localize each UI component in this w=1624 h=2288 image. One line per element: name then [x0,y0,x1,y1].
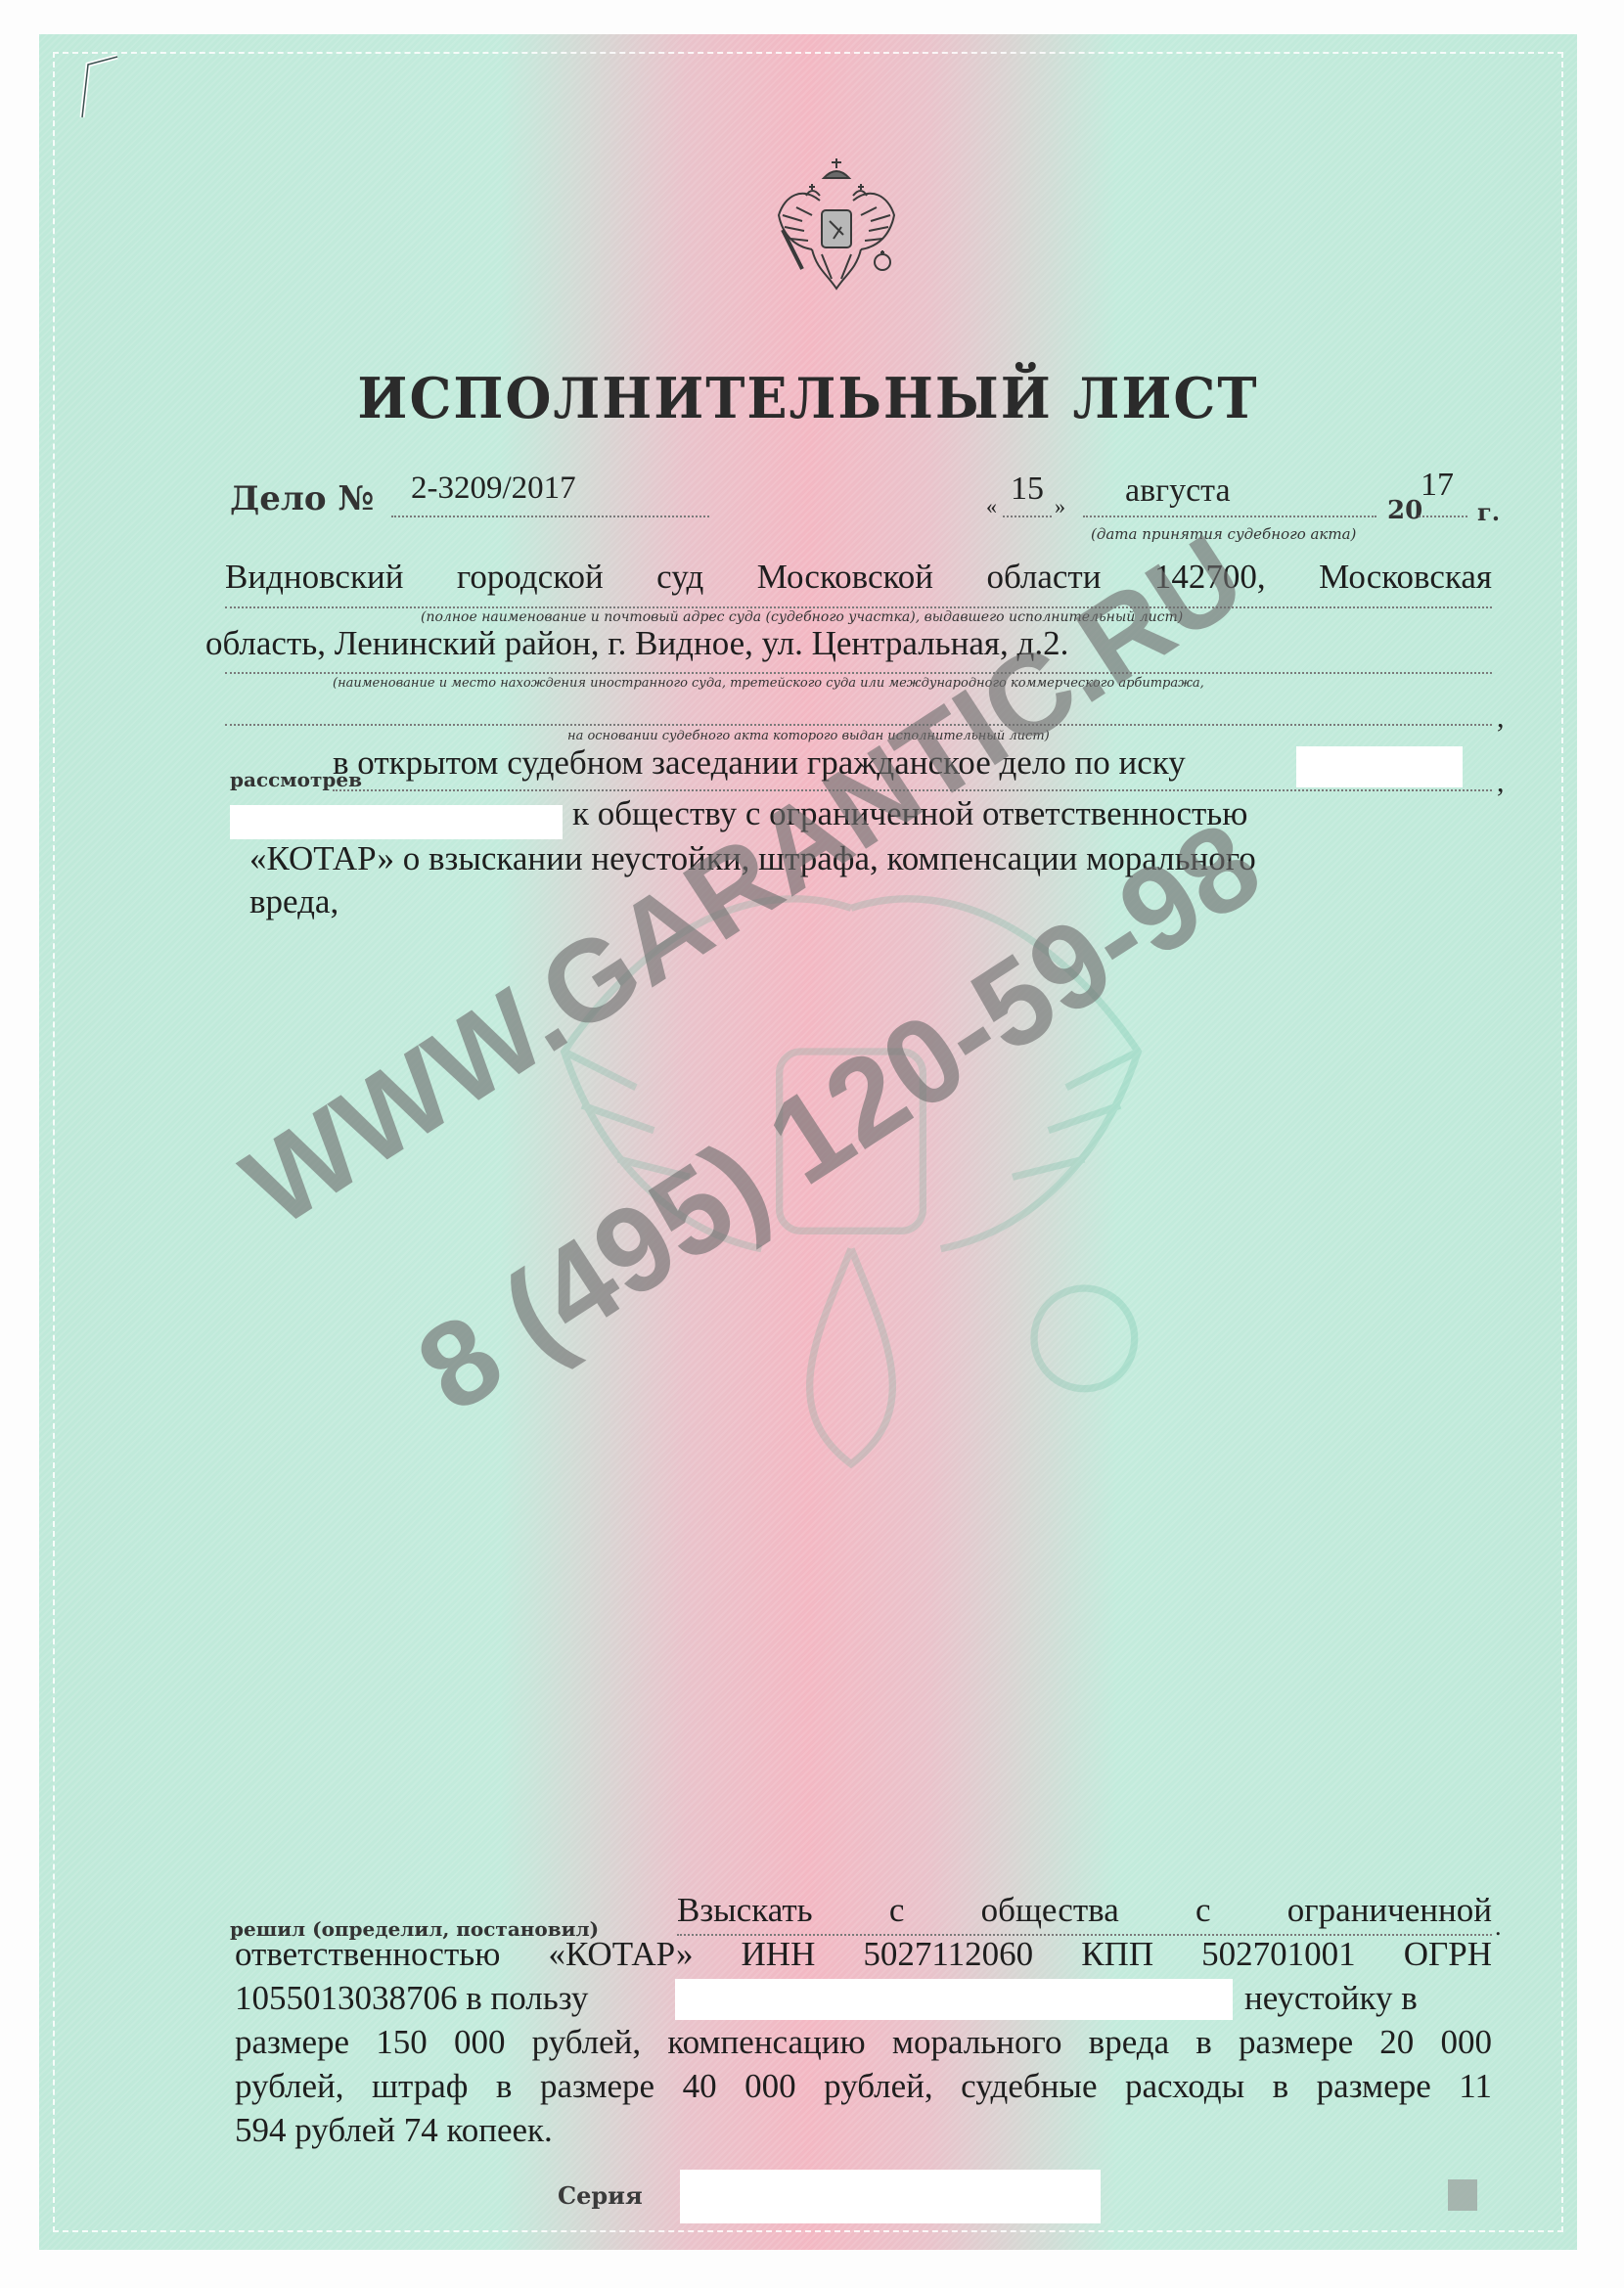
court-underline-2 [225,672,1492,674]
decision-line-1: Взыскать с общества с ограниченной [677,1891,1492,1930]
decision-line-5: рублей, штраф в размере 40 000 рублей, с… [235,2067,1492,2106]
court-line-1: Видновский городской суд Московской обла… [225,558,1492,597]
case-number-value: 2-3209/2017 [411,471,576,507]
date-year-underline [1419,516,1467,517]
decision-line-3-end: неустойку в [1244,1979,1418,2018]
decision-trailing-dot: . [1495,1912,1502,1942]
series-label: Серия [558,2181,643,2210]
date-quote-open: « [986,494,997,519]
date-day-underline [1003,516,1052,517]
court-underline-3 [225,724,1492,726]
grey-square-marker [1448,2179,1477,2211]
court-trailing-comma: , [1497,701,1505,735]
date-caption: (дата принятия судебного акта) [1091,525,1356,543]
decision-line-3-start: 1055013038706 в пользу [235,1979,588,2018]
case-number-label: Дело № [230,479,374,518]
coat-of-arms-icon [773,157,900,293]
considered-trailing-comma: , [1497,766,1505,799]
date-day: 15 [1011,471,1044,508]
considered-line-4: вреда, [249,882,338,921]
date-year-prefix: 20 [1387,496,1422,525]
redacted-plaintiff-name-2 [230,805,563,839]
decision-line-6: 594 рублей 74 копеек. [235,2111,553,2150]
redacted-plaintiff-name-1 [1296,746,1463,787]
decision-line-4: размере 150 000 рублей, компенсацию мора… [235,2023,1492,2062]
redacted-series-number [680,2170,1101,2223]
case-number-underline [391,516,709,517]
court-line-2: область, Ленинский район, г. Видное, ул.… [205,624,1068,663]
document-title: ИСПОЛНИТЕЛЬНЫЙ ЛИСТ [39,365,1577,430]
date-quote-close: » [1055,494,1065,519]
court-underline-1 [225,606,1492,608]
redacted-beneficiary-name [675,1979,1233,2020]
staple-mark-icon [61,49,119,127]
date-year-unit: г. [1477,498,1500,526]
date-month: августа [1125,472,1231,510]
date-year-suffix: 17 [1421,467,1454,504]
decision-line-2: ответственностью «КОТАР» ИНН 5027112060 … [235,1935,1492,1974]
date-month-underline [1083,516,1376,517]
